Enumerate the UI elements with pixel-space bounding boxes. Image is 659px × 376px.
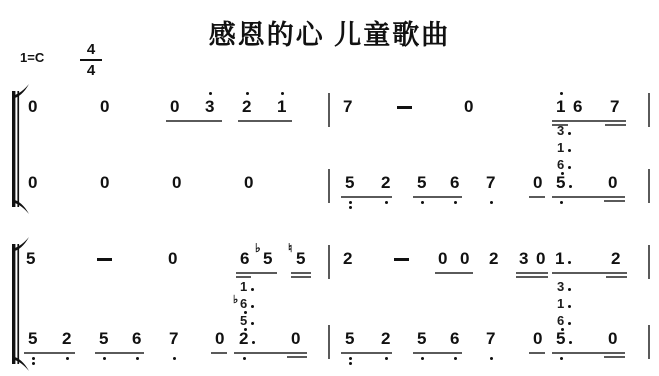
note-digit: 5 bbox=[263, 250, 272, 267]
note-digit: 0 bbox=[460, 250, 469, 267]
octave-or-aug-dot bbox=[568, 322, 571, 325]
accidental-icon: ♮ bbox=[288, 242, 292, 254]
note-digit: 3 bbox=[519, 250, 528, 267]
octave-or-aug-dot bbox=[560, 357, 563, 360]
note-digit: 2 bbox=[611, 250, 620, 267]
time-signature: 4 4 bbox=[80, 41, 102, 79]
chord-note-digit: 1 bbox=[240, 280, 247, 293]
note-digit: 1 bbox=[556, 98, 565, 115]
octave-or-aug-dot bbox=[252, 341, 255, 344]
octave-or-aug-dot bbox=[568, 166, 571, 169]
beam-line bbox=[211, 352, 227, 354]
note-digit: 6 bbox=[132, 330, 141, 347]
note-digit: 0 bbox=[168, 250, 177, 267]
note-digit: 7 bbox=[610, 98, 619, 115]
chord-note-digit: 3 bbox=[557, 124, 564, 137]
beam-line bbox=[341, 352, 392, 354]
beam-line bbox=[24, 352, 75, 354]
time-signature-fraction-bar bbox=[80, 59, 102, 61]
octave-or-aug-dot bbox=[421, 201, 424, 204]
octave-or-aug-dot bbox=[349, 357, 352, 360]
octave-or-aug-dot bbox=[251, 305, 254, 308]
octave-or-aug-dot bbox=[251, 288, 254, 291]
note-digit: 2 bbox=[62, 330, 71, 347]
beam-line bbox=[552, 272, 627, 274]
beam-line bbox=[413, 196, 462, 198]
note-digit: 0 bbox=[533, 174, 542, 191]
note-digit: 2 bbox=[381, 174, 390, 191]
octave-or-aug-dot bbox=[136, 357, 139, 360]
accidental-icon: ♭ bbox=[233, 295, 238, 306]
octave-or-aug-dot bbox=[243, 357, 246, 360]
beam-line bbox=[516, 272, 548, 274]
dash-rest-line bbox=[394, 258, 409, 261]
note-digit: 0 bbox=[608, 174, 617, 191]
barline bbox=[328, 93, 330, 127]
note-digit: 0 bbox=[28, 98, 37, 115]
beam-line bbox=[291, 272, 311, 274]
octave-or-aug-dot bbox=[568, 132, 571, 135]
octave-or-aug-dot bbox=[173, 357, 176, 360]
chord-note-digit: 1 bbox=[557, 141, 564, 154]
note-digit: 3 bbox=[205, 98, 214, 115]
octave-or-aug-dot bbox=[568, 305, 571, 308]
octave-or-aug-dot bbox=[421, 357, 424, 360]
barline bbox=[648, 325, 650, 359]
octave-or-aug-dot bbox=[209, 92, 212, 95]
octave-or-aug-dot bbox=[385, 357, 388, 360]
octave-or-aug-dot bbox=[281, 92, 284, 95]
beam-line bbox=[287, 356, 307, 358]
note-digit: 0 bbox=[172, 174, 181, 191]
octave-or-aug-dot bbox=[32, 362, 35, 365]
beam-line bbox=[341, 196, 392, 198]
beam-line bbox=[605, 124, 626, 126]
beam-line bbox=[236, 272, 277, 274]
octave-or-aug-dot bbox=[454, 201, 457, 204]
beam-line bbox=[516, 276, 548, 278]
note-digit: 6 bbox=[240, 250, 249, 267]
beam-line bbox=[604, 356, 625, 358]
beam-line bbox=[166, 120, 222, 122]
note-digit: 0 bbox=[170, 98, 179, 115]
octave-or-aug-dot bbox=[569, 185, 572, 188]
note-digit: 2 bbox=[239, 330, 248, 347]
sheet-music-canvas: 感恩的心 儿童歌曲 1=C 4 4 0003217016700005256705… bbox=[0, 0, 659, 376]
beam-line bbox=[606, 276, 627, 278]
note-digit: 6 bbox=[450, 330, 459, 347]
note-digit: 2 bbox=[489, 250, 498, 267]
beam-line bbox=[529, 196, 545, 198]
note-digit: 7 bbox=[169, 330, 178, 347]
key-signature: 1=C bbox=[20, 50, 44, 65]
note-digit: 7 bbox=[343, 98, 352, 115]
octave-or-aug-dot bbox=[251, 322, 254, 325]
beam-line bbox=[435, 272, 473, 274]
octave-or-aug-dot bbox=[490, 357, 493, 360]
beam-line bbox=[236, 276, 251, 278]
beam-line bbox=[552, 352, 625, 354]
beam-line bbox=[552, 196, 625, 198]
note-digit: 5 bbox=[556, 174, 565, 191]
beam-line bbox=[238, 120, 292, 122]
chord-note-digit: 6 bbox=[240, 297, 247, 310]
chord-note-digit: 5 bbox=[240, 314, 247, 327]
octave-or-aug-dot bbox=[244, 328, 247, 331]
note-digit: 0 bbox=[100, 98, 109, 115]
octave-or-aug-dot bbox=[490, 201, 493, 204]
note-digit: 0 bbox=[533, 330, 542, 347]
note-digit: 0 bbox=[291, 330, 300, 347]
note-digit: 7 bbox=[486, 330, 495, 347]
barline bbox=[648, 245, 650, 279]
note-digit: 0 bbox=[464, 98, 473, 115]
octave-or-aug-dot bbox=[349, 362, 352, 365]
note-digit: 6 bbox=[573, 98, 582, 115]
note-digit: 5 bbox=[556, 330, 565, 347]
beam-line bbox=[552, 120, 626, 122]
octave-or-aug-dot bbox=[349, 201, 352, 204]
chord-note-digit: 6 bbox=[557, 158, 564, 171]
system-bracket bbox=[6, 84, 30, 219]
dash-rest-line bbox=[97, 258, 112, 261]
note-digit: 0 bbox=[28, 174, 37, 191]
dash-rest-line bbox=[397, 106, 412, 109]
beam-line bbox=[413, 352, 462, 354]
octave-or-aug-dot bbox=[32, 357, 35, 360]
barline bbox=[328, 325, 330, 359]
note-digit: 2 bbox=[343, 250, 352, 267]
octave-or-aug-dot bbox=[66, 357, 69, 360]
note-digit: 1 bbox=[277, 98, 286, 115]
barline bbox=[328, 169, 330, 203]
barline bbox=[648, 169, 650, 203]
note-digit: 2 bbox=[381, 330, 390, 347]
octave-or-aug-dot bbox=[561, 328, 564, 331]
note-digit: 0 bbox=[608, 330, 617, 347]
octave-or-aug-dot bbox=[103, 357, 106, 360]
octave-or-aug-dot bbox=[569, 341, 572, 344]
octave-or-aug-dot bbox=[246, 92, 249, 95]
octave-or-aug-dot bbox=[454, 357, 457, 360]
chord-note-digit: 1 bbox=[557, 297, 564, 310]
note-digit: 5 bbox=[28, 330, 37, 347]
beam-line bbox=[529, 352, 545, 354]
note-digit: 5 bbox=[345, 174, 354, 191]
octave-or-aug-dot bbox=[561, 172, 564, 175]
note-digit: 0 bbox=[438, 250, 447, 267]
note-digit: 0 bbox=[215, 330, 224, 347]
octave-or-aug-dot bbox=[568, 149, 571, 152]
note-digit: 0 bbox=[100, 174, 109, 191]
beam-line bbox=[291, 276, 311, 278]
barline bbox=[648, 93, 650, 127]
chord-note-digit: 6 bbox=[557, 314, 564, 327]
note-digit: 5 bbox=[417, 174, 426, 191]
time-signature-numerator: 4 bbox=[80, 41, 102, 58]
note-digit: 1 bbox=[555, 250, 564, 267]
beam-line bbox=[604, 200, 625, 202]
octave-or-aug-dot bbox=[568, 261, 571, 264]
octave-or-aug-dot bbox=[560, 201, 563, 204]
octave-or-aug-dot bbox=[385, 201, 388, 204]
accidental-icon: ♭ bbox=[255, 242, 261, 254]
beam-line bbox=[95, 352, 144, 354]
note-digit: 5 bbox=[99, 330, 108, 347]
octave-or-aug-dot bbox=[560, 92, 563, 95]
note-digit: 6 bbox=[450, 174, 459, 191]
note-digit: 0 bbox=[244, 174, 253, 191]
time-signature-denominator: 4 bbox=[80, 62, 102, 79]
note-digit: 2 bbox=[242, 98, 251, 115]
note-digit: 5 bbox=[296, 250, 305, 267]
note-digit: 5 bbox=[26, 250, 35, 267]
octave-or-aug-dot bbox=[349, 206, 352, 209]
note-digit: 5 bbox=[417, 330, 426, 347]
barline bbox=[328, 245, 330, 279]
beam-line bbox=[234, 352, 307, 354]
note-digit: 0 bbox=[536, 250, 545, 267]
note-digit: 7 bbox=[486, 174, 495, 191]
note-digit: 5 bbox=[345, 330, 354, 347]
octave-or-aug-dot bbox=[568, 288, 571, 291]
chord-note-digit: 3 bbox=[557, 280, 564, 293]
